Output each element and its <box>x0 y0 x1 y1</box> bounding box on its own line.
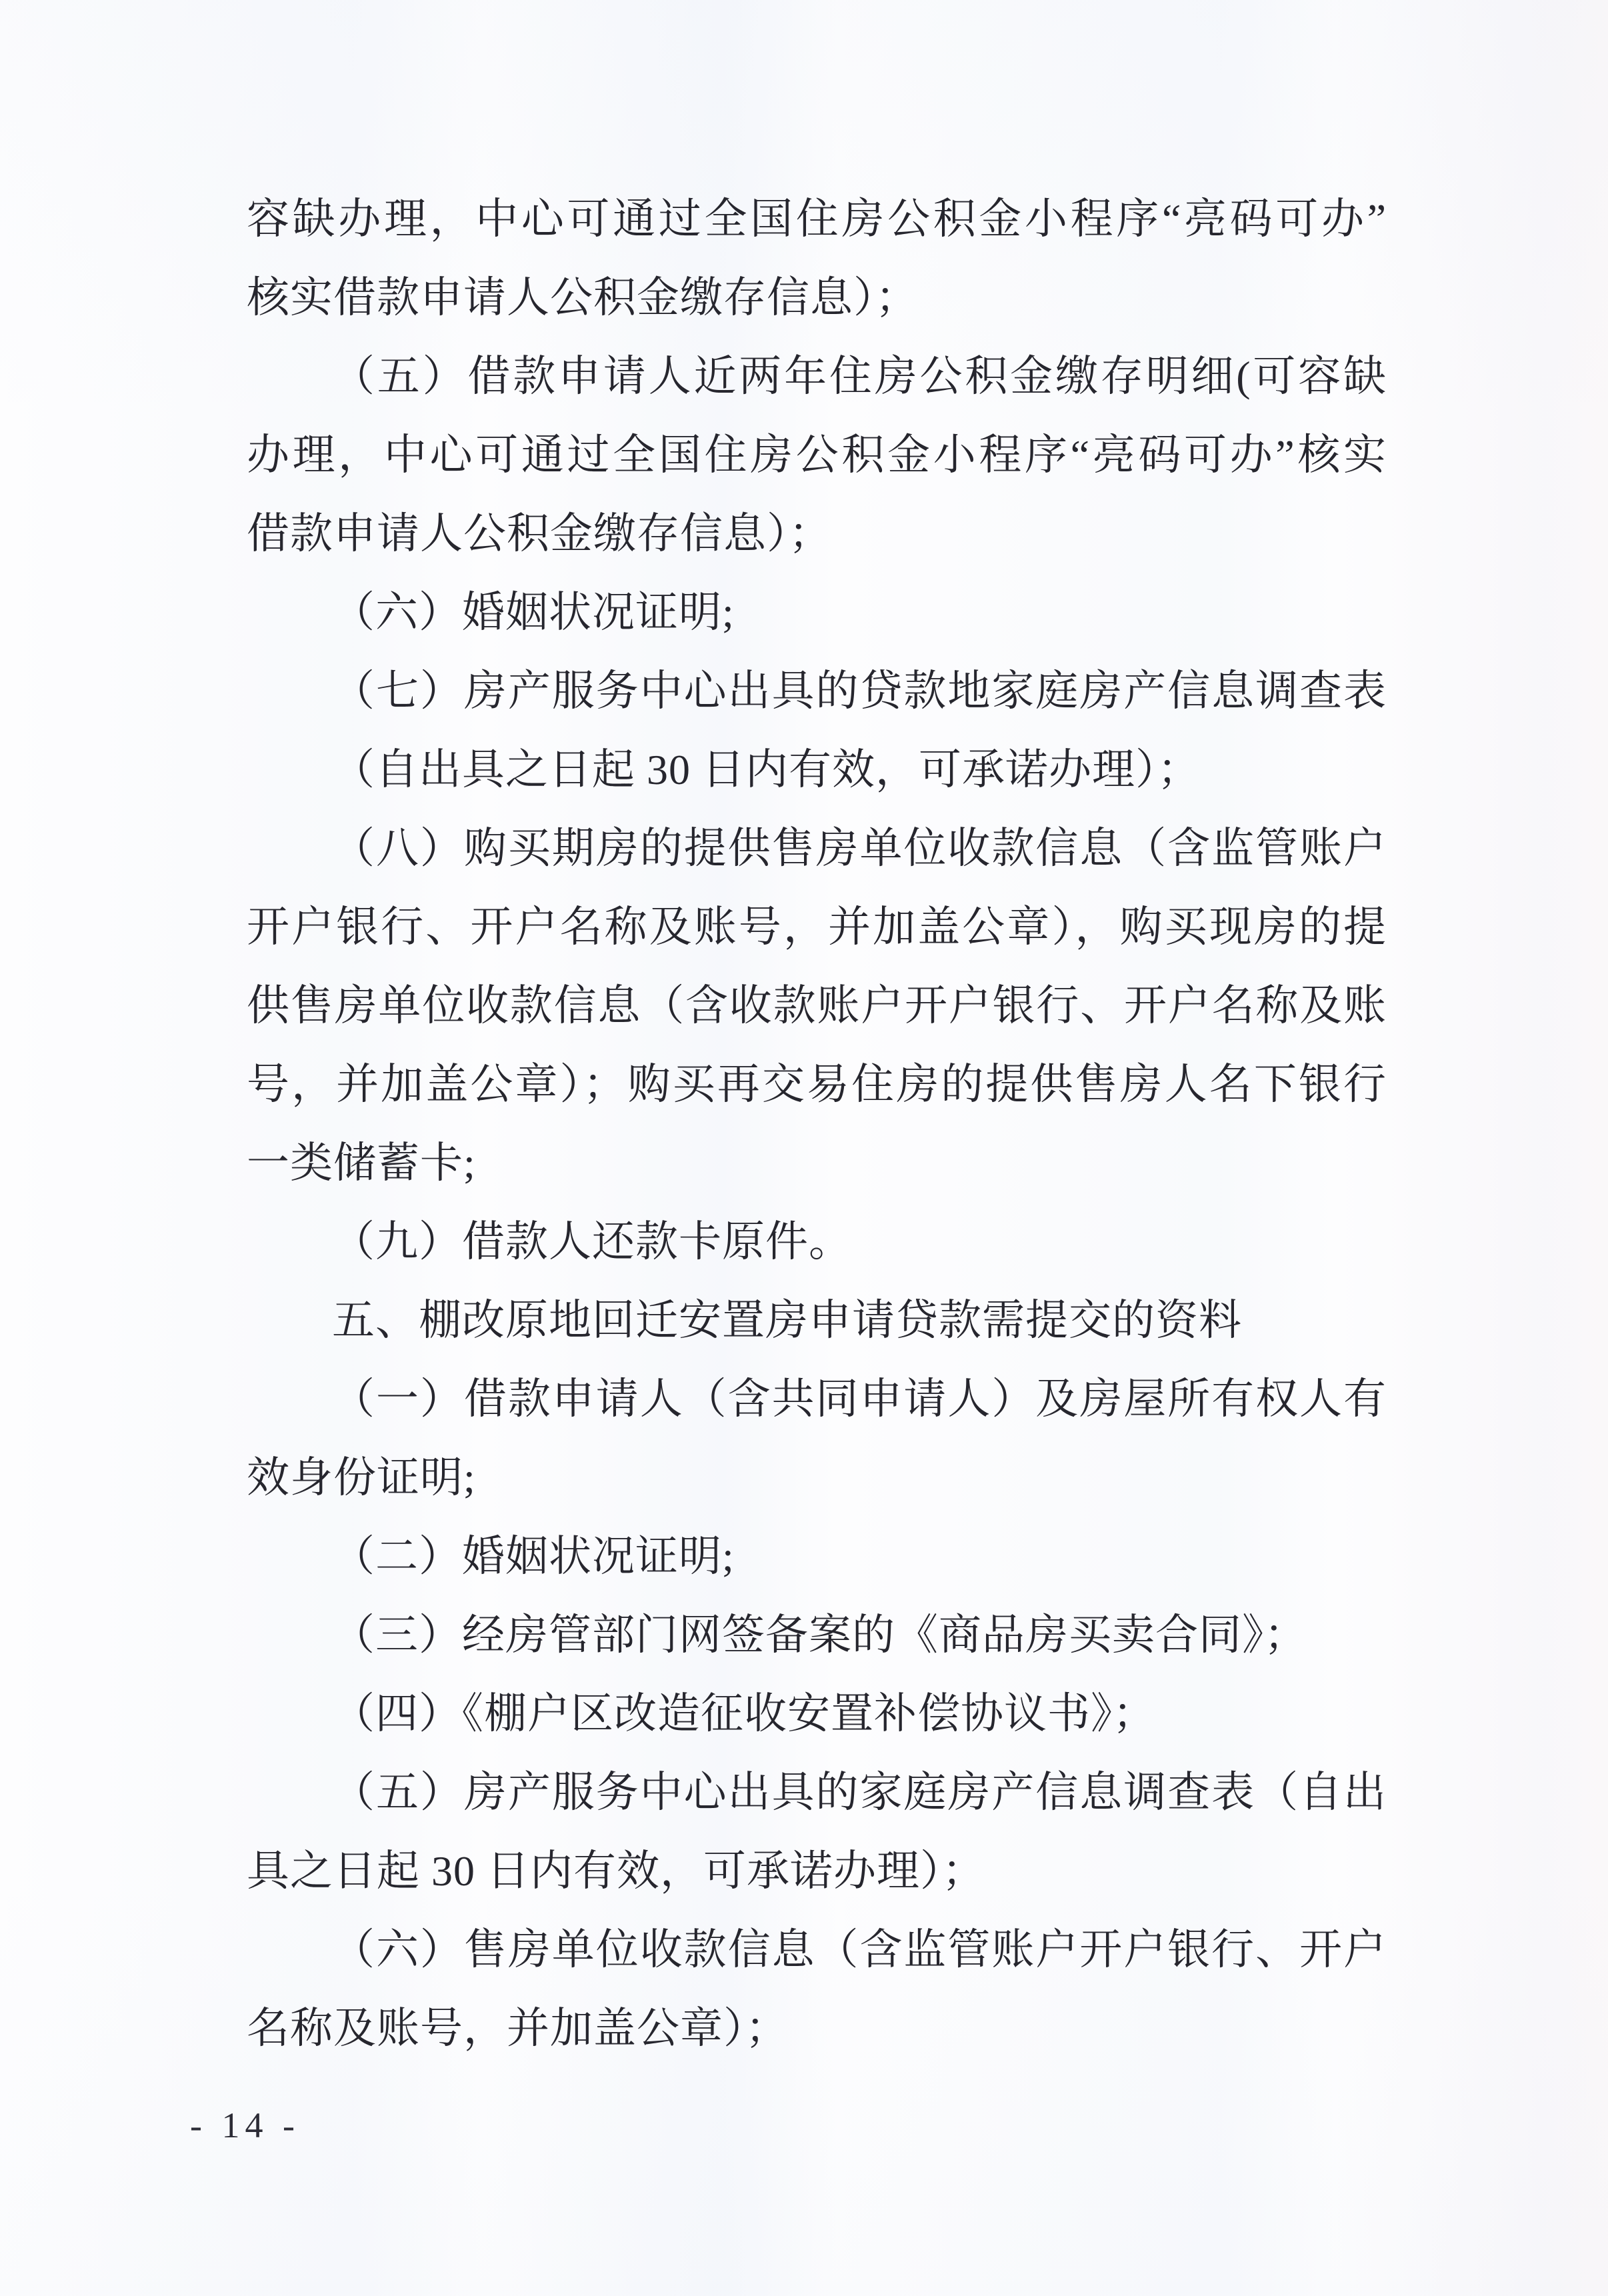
text-line: （六）婚姻状况证明; <box>247 573 1387 652</box>
text-line: （五）房产服务中心出具的家庭房产信息调查表（自出 <box>247 1753 1387 1832</box>
page-number: - 14 - <box>190 2105 300 2145</box>
text-line: （四）《棚户区改造征收安置补偿协议书》； <box>247 1675 1387 1753</box>
text-line: （八）购买期房的提供售房单位收款信息（含监管账户 <box>247 809 1387 888</box>
text-line: （一）借款申请人（含共同申请人）及房屋所有权人有 <box>247 1360 1387 1439</box>
text-line: （六）售房单位收款信息（含监管账户开户银行、开户 <box>247 1911 1387 1989</box>
text-line: （七）房产服务中心出具的贷款地家庭房产信息调查表 <box>247 652 1387 731</box>
text-line: 号，并加盖公章）；购买再交易住房的提供售房人名下银行 <box>247 1045 1387 1124</box>
text-line: （二）婚姻状况证明; <box>247 1517 1387 1596</box>
body-text: 容缺办理，中心可通过全国住房公积金小程序“亮码可办” 核实借款申请人公积金缴存信… <box>247 180 1387 2068</box>
text-line: 一类储蓄卡; <box>247 1124 1387 1203</box>
text-line: （九）借款人还款卡原件。 <box>247 1203 1387 1281</box>
section-heading: 五、棚改原地回迁安置房申请贷款需提交的资料 <box>247 1281 1387 1360</box>
text-line: 具之日起 30 日内有效，可承诺办理）； <box>247 1832 1387 1911</box>
text-line: 办理，中心可通过全国住房公积金小程序“亮码可办”核实 <box>247 416 1387 495</box>
text-line: （自出具之日起 30 日内有效，可承诺办理）； <box>247 731 1387 809</box>
text-line: 效身份证明; <box>247 1439 1387 1517</box>
text-line: 开户银行、开户名称及账号，并加盖公章），购买现房的提 <box>247 888 1387 967</box>
text-line: 供售房单位收款信息（含收款账户开户银行、开户名称及账 <box>247 967 1387 1045</box>
text-line: 借款申请人公积金缴存信息）； <box>247 495 1387 573</box>
text-line: （五）借款申请人近两年住房公积金缴存明细(可容缺 <box>247 337 1387 416</box>
text-line: 容缺办理，中心可通过全国住房公积金小程序“亮码可办” <box>247 180 1387 259</box>
document-page: 容缺办理，中心可通过全国住房公积金小程序“亮码可办” 核实借款申请人公积金缴存信… <box>0 0 1608 2296</box>
text-line: 名称及账号，并加盖公章）； <box>247 1989 1387 2068</box>
text-line: （三）经房管部门网签备案的《商品房买卖合同》； <box>247 1596 1387 1675</box>
text-line: 核实借款申请人公积金缴存信息）； <box>247 259 1387 337</box>
